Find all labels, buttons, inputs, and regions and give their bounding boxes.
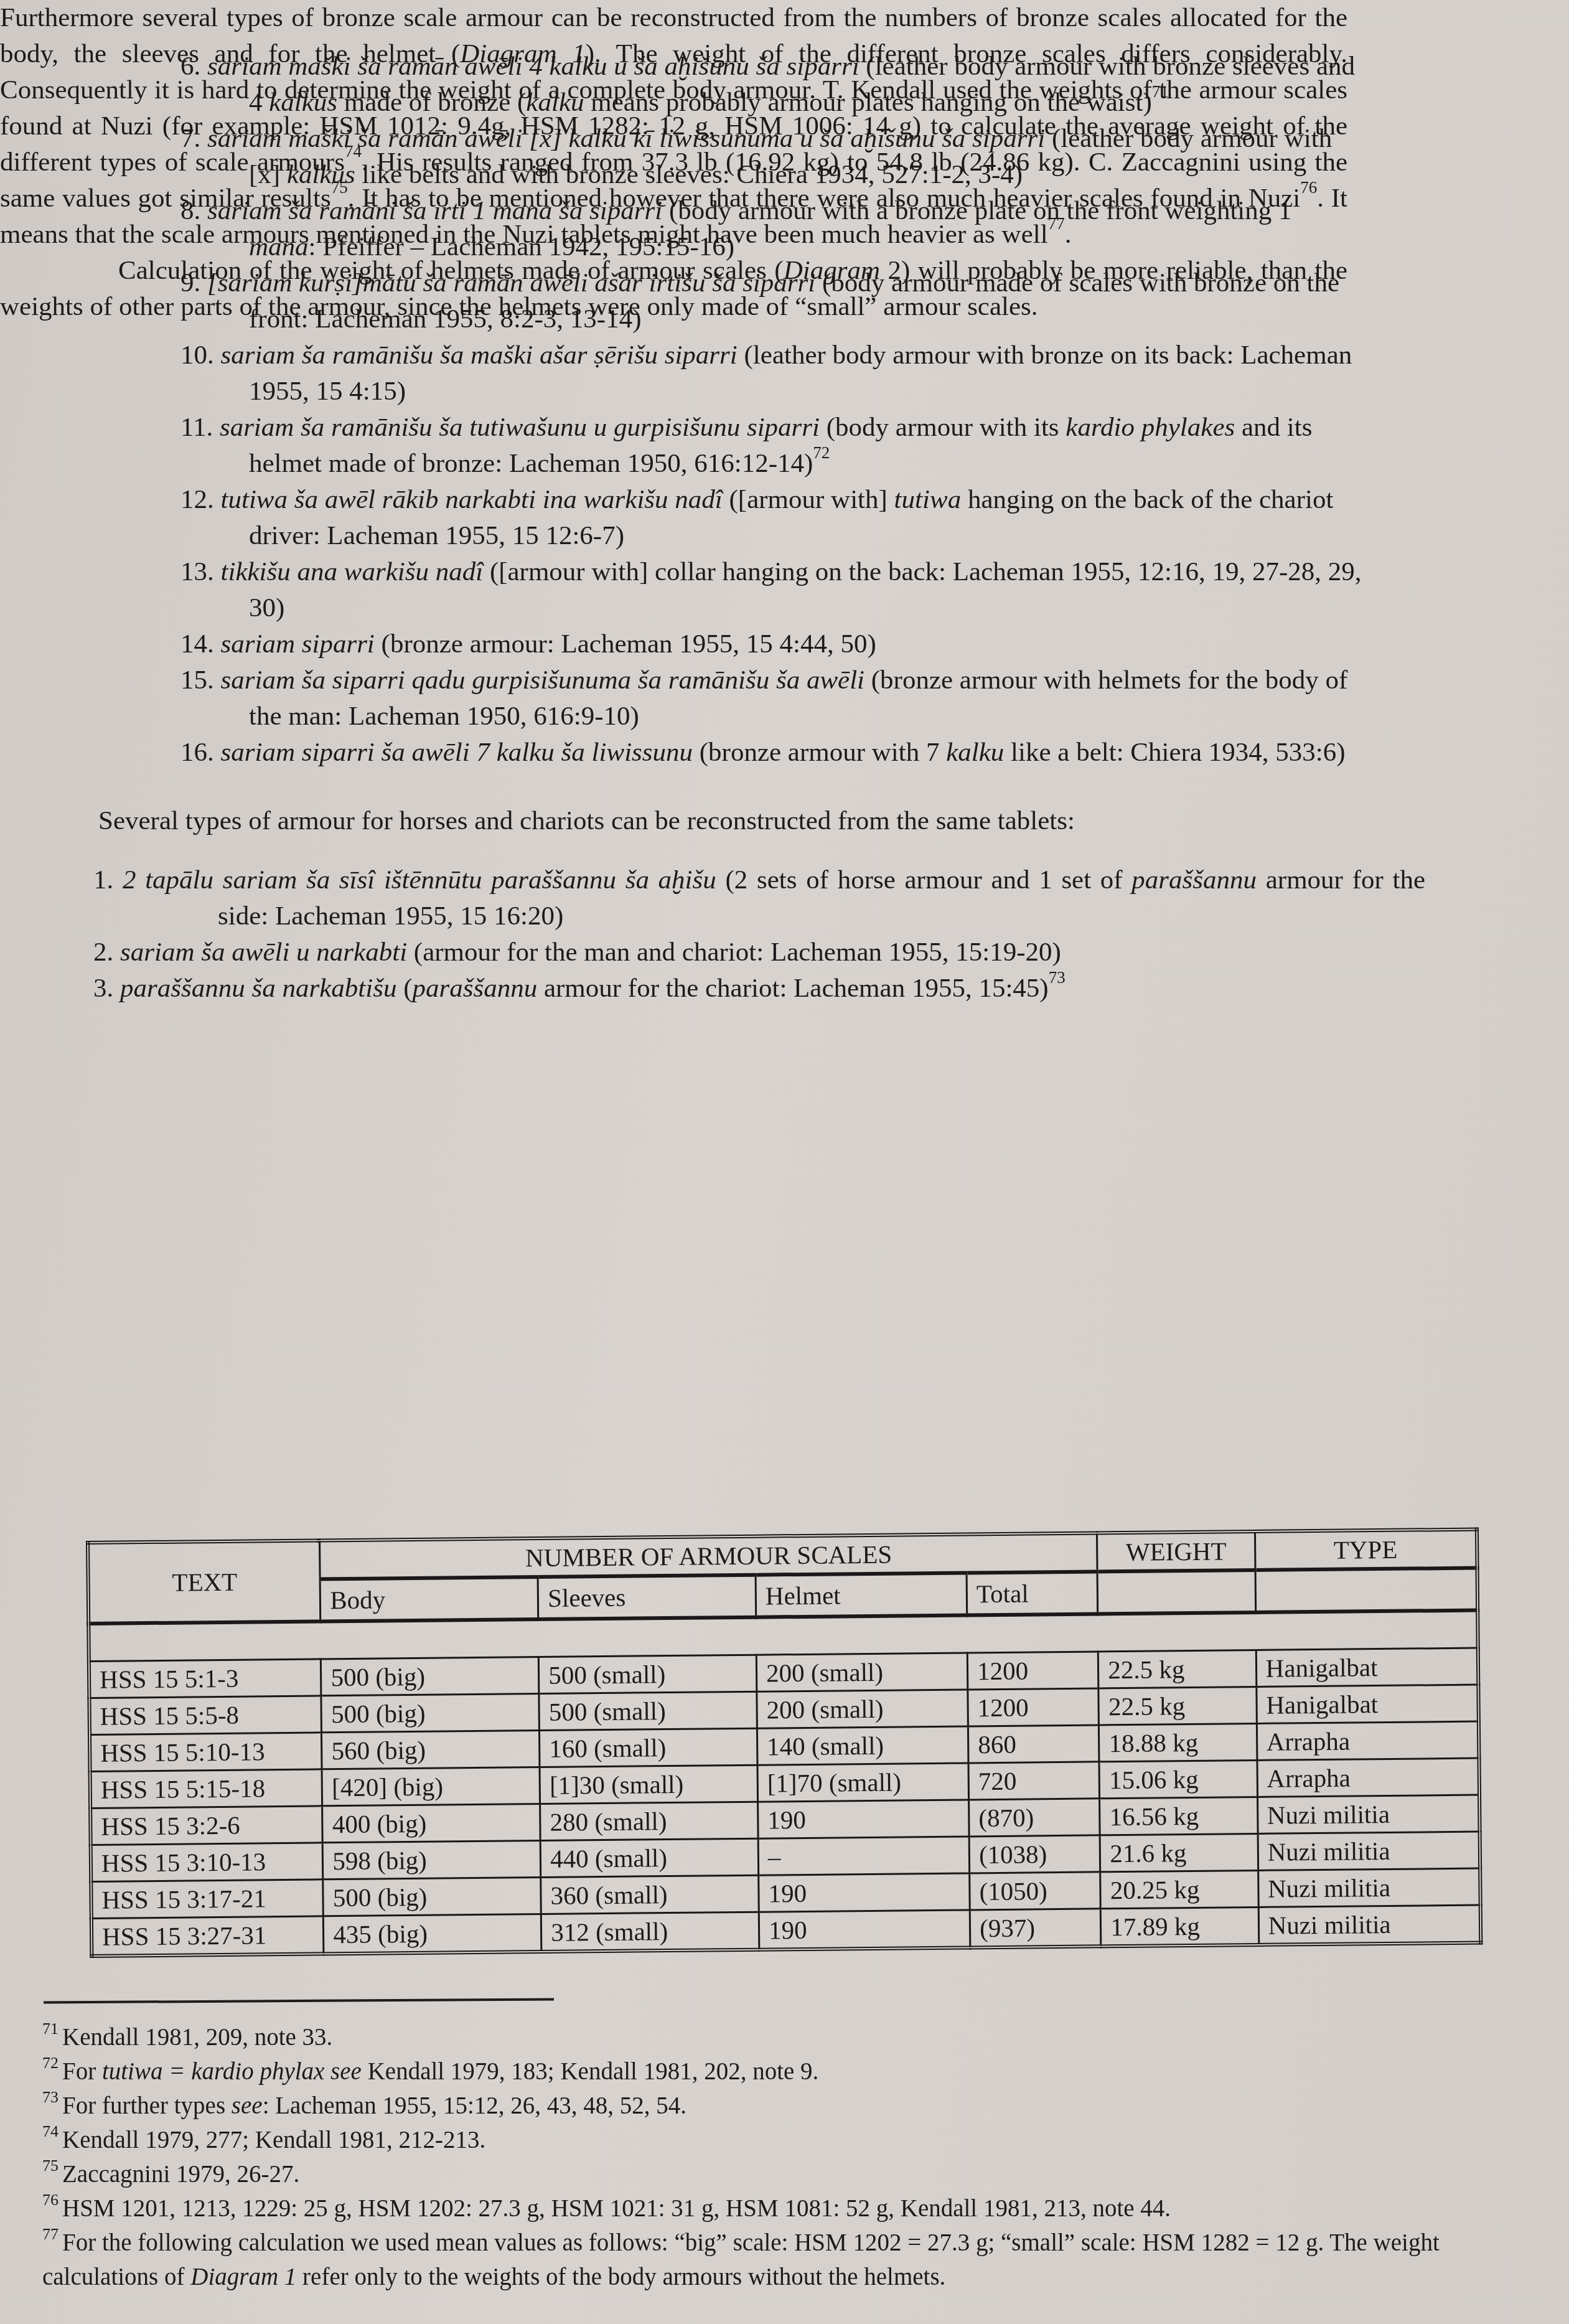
italic-text: mana — [249, 232, 309, 261]
horse-armour-item: 3. paraššannu ša narkabtišu (paraššannu … — [93, 971, 1425, 1007]
subheader-type-blank — [1255, 1568, 1478, 1612]
subheader-helmet: Helmet — [756, 1573, 967, 1617]
cell-body: [420] (big) — [322, 1767, 540, 1806]
cell-type: Hanigalbat — [1256, 1648, 1478, 1687]
footnote-number: 77 — [42, 2225, 59, 2243]
footnote-76: 76HSM 1201, 1213, 1229: 25 g, HSM 1202: … — [42, 2191, 1548, 2226]
cell-text: HSS 15 3:17-21 — [91, 1879, 323, 1919]
subheader-body: Body — [320, 1577, 538, 1621]
footnote-number: 75 — [42, 2157, 59, 2175]
text-run: made of bronze ( — [337, 88, 526, 117]
akkadian-transliteration: sariam maški ša ramān awēli [x] kalku kī… — [207, 124, 1045, 153]
item-number: 9. — [180, 268, 207, 298]
akkadian-transliteration: sariam ša ramānišu ša maški ašar ṣērišu … — [221, 341, 738, 370]
akkadian-transliteration: 2 tapālu sariam ša sīsî ištēnnūtu parašš… — [123, 865, 716, 895]
cell-body: 500 (big) — [321, 1694, 539, 1733]
cell-total: 1200 — [967, 1652, 1098, 1690]
header-text: TEXT — [88, 1540, 321, 1624]
text-run: : Pfeiffer – Lacheman 1942, 195:15-16) — [309, 232, 735, 261]
cell-weight: 20.25 kg — [1100, 1870, 1258, 1908]
cell-type: Nuzi militia — [1257, 1795, 1479, 1833]
cell-weight: 18.88 kg — [1099, 1723, 1257, 1761]
footnote-71: 71Kendall 1981, 209, note 33. — [42, 2020, 1548, 2054]
italic-text: kalkus — [269, 88, 337, 117]
cell-total: (870) — [969, 1799, 1100, 1837]
personal-armour-item: 6. sariam maški ša ramān awēli 4 kalku u… — [131, 49, 1363, 121]
italic-text: paraššannu — [412, 974, 537, 1003]
italic-text: see — [232, 2092, 263, 2119]
cell-total: (1038) — [969, 1835, 1100, 1873]
header-type: TYPE — [1255, 1530, 1477, 1570]
item-number: 7. — [180, 124, 207, 153]
cell-type: Hanigalbat — [1256, 1685, 1478, 1723]
footnote-number: 73 — [42, 2088, 59, 2106]
personal-armour-item: 10. sariam ša ramānišu ša maški ašar ṣēr… — [131, 337, 1363, 410]
cell-text: HSS 15 5:5-8 — [89, 1696, 321, 1735]
cell-text: HSS 15 5:1-3 — [89, 1659, 321, 1698]
personal-armour-list: 6. sariam maški ša ramān awēli 4 kalku u… — [131, 49, 1363, 771]
text-run: (2 sets of horse armour and 1 set of — [716, 865, 1132, 895]
footnote-ref: 72 — [813, 443, 830, 462]
footnote-72: 72For tutiwa = kardio phylax see Kendall… — [42, 2054, 1548, 2089]
cell-sleeves: 360 (small) — [541, 1875, 759, 1914]
personal-armour-item: 7. sariam maški ša ramān awēli [x] kalku… — [131, 121, 1363, 193]
text-run: (body armour with its — [820, 413, 1066, 442]
text-run: means probably armour plates hanging on … — [584, 88, 1151, 117]
horse-armour-item: 2. sariam ša awēli u narkabti (armour fo… — [93, 934, 1425, 971]
item-number: 13. — [180, 557, 221, 586]
cell-weight: 17.89 kg — [1101, 1907, 1259, 1946]
cell-body: 500 (big) — [321, 1657, 539, 1696]
text-run: ([armour with] — [723, 485, 894, 514]
diagram-1-table: TEXT NUMBER OF ARMOUR SCALES WEIGHT TYPE… — [86, 1528, 1482, 1958]
horse-armour-item: 1. 2 tapālu sariam ša sīsî ištēnnūtu par… — [93, 862, 1425, 934]
footnotes: 71Kendall 1981, 209, note 33.72For tutiw… — [42, 2020, 1548, 2294]
cell-sleeves: 280 (small) — [540, 1802, 758, 1840]
item-number: 6. — [180, 52, 207, 81]
cell-weight: 22.5 kg — [1098, 1650, 1257, 1688]
cell-text: HSS 15 3:2-6 — [90, 1806, 322, 1845]
text-run: (armour for the man and chariot: Lachema… — [407, 938, 1061, 967]
cell-weight: 15.06 kg — [1099, 1760, 1257, 1798]
text-run: HSM 1201, 1213, 1229: 25 g, HSM 1202: 27… — [62, 2195, 1171, 2222]
cell-type: Arrapha — [1257, 1758, 1479, 1797]
text-run: Kendall 1979, 277; Kendall 1981, 212-213… — [62, 2127, 485, 2153]
footnote-number: 76 — [42, 2191, 59, 2209]
text-run: like a belt: Chiera 1934, 533:6) — [1004, 738, 1345, 767]
text-run: Kendall 1979, 183; Kendall 1981, 202, no… — [362, 2058, 818, 2085]
text-run: : Lacheman 1955, 15:12, 26, 43, 48, 52, … — [263, 2092, 686, 2119]
item-number: 12. — [180, 485, 221, 514]
cell-text: HSS 15 5:15-18 — [90, 1769, 322, 1809]
akkadian-transliteration: sariam ša awēli u narkabti — [120, 938, 407, 967]
text-run: ( — [396, 974, 412, 1003]
cell-helmet: 140 (small) — [757, 1726, 968, 1765]
personal-armour-item: 15. sariam ša siparri qadu gurpisišunuma… — [131, 662, 1363, 735]
cell-sleeves: 312 (small) — [541, 1912, 759, 1952]
italic-text: kalku — [946, 738, 1004, 767]
footnote-74: 74Kendall 1979, 277; Kendall 1981, 212-2… — [42, 2123, 1548, 2157]
italic-text: tutiwa = kardio phylax see — [102, 2058, 362, 2085]
cell-sleeves: 160 (small) — [540, 1728, 757, 1767]
text-run: For further types — [62, 2092, 232, 2119]
item-number: 8. — [180, 196, 207, 225]
akkadian-transliteration: sariam siparri — [221, 629, 375, 659]
cell-body: 435 (big) — [324, 1914, 541, 1954]
personal-armour-item: 16. sariam siparri ša awēli 7 kalku ša l… — [131, 735, 1363, 771]
cell-helmet: 190 — [758, 1800, 970, 1838]
akkadian-transliteration: paraššannu ša narkabtišu — [120, 974, 396, 1003]
cell-weight: 16.56 kg — [1100, 1797, 1258, 1835]
horse-armour-list: 1. 2 tapālu sariam ša sīsî ištēnnūtu par… — [93, 862, 1425, 1007]
cell-weight: 21.6 kg — [1100, 1833, 1258, 1871]
personal-armour-item: 13. tikkišu ana warkišu nadî ([armour wi… — [131, 554, 1363, 626]
cell-body: 400 (big) — [322, 1804, 540, 1843]
cell-text: HSS 15 3:27-31 — [91, 1916, 324, 1956]
akkadian-transliteration: sariam ša ramānišu ša tutiwašunu u gurpi… — [220, 413, 820, 442]
header-weight: WEIGHT — [1097, 1531, 1255, 1571]
cell-sleeves: 500 (small) — [539, 1655, 757, 1693]
footnote-number: 71 — [42, 2020, 59, 2038]
text-run: refer only to the weights of the body ar… — [296, 2264, 945, 2290]
item-number: 15. — [180, 666, 221, 695]
akkadian-transliteration: sariam maški ša ramān awēli 4 kalku u ša… — [207, 52, 859, 81]
item-number: 11. — [180, 413, 220, 442]
akkadian-transliteration: sariam ša ramāni ša irti 1 mana ša sipar… — [207, 196, 662, 225]
footnote-divider — [44, 1998, 554, 2003]
footnote-73: 73For further types see: Lacheman 1955, … — [42, 2089, 1548, 2123]
text-run: armour for the chariot: Lacheman 1955, 1… — [537, 974, 1049, 1003]
cell-helmet: 190 — [759, 1873, 970, 1912]
cell-total: 720 — [968, 1762, 1100, 1800]
cell-helmet: – — [758, 1837, 970, 1875]
cell-body: 500 (big) — [323, 1878, 541, 1916]
text-run: For — [62, 2058, 102, 2085]
cell-type: Nuzi militia — [1258, 1832, 1480, 1870]
item-number: 2. — [93, 938, 120, 967]
cell-body: 560 (big) — [322, 1731, 540, 1769]
cell-sleeves: 500 (small) — [539, 1691, 757, 1730]
item-number: 14. — [180, 629, 221, 659]
footnote-77: 77For the following calculation we used … — [42, 2226, 1548, 2294]
table-body: HSS 15 5:1-3500 (big)500 (small)200 (sma… — [89, 1648, 1481, 1956]
footnote-ref: 73 — [1049, 968, 1066, 987]
text-run: Kendall 1981, 209, note 33. — [62, 2024, 332, 2051]
text-run: like belts and with bronze sleeves: Chie… — [355, 160, 1023, 189]
italic-text: tutiwa — [894, 485, 962, 514]
cell-total: 860 — [968, 1725, 1100, 1763]
cell-total: 1200 — [968, 1688, 1099, 1726]
akkadian-transliteration: tikkišu ana warkišu nadî — [221, 557, 484, 586]
subheader-sleeves: Sleeves — [538, 1575, 756, 1619]
horse-armour-intro: Several types of armour for horses and c… — [98, 803, 1405, 839]
italic-text: kalku — [526, 88, 584, 117]
document-page: 6. sariam maški ša ramān awēli 4 kalku u… — [0, 0, 1569, 2324]
akkadian-transliteration: tutiwa ša awēl rākib narkabti ina warkiš… — [221, 485, 723, 514]
item-number: 10. — [180, 341, 221, 370]
subheader-weight-blank — [1097, 1570, 1255, 1614]
cell-type: Arrapha — [1257, 1721, 1479, 1760]
cell-total: (1050) — [970, 1872, 1101, 1910]
italic-text: kalkus — [287, 160, 355, 189]
personal-armour-item: 11. sariam ša ramānišu ša tutiwašunu u g… — [131, 410, 1363, 482]
cell-type: Nuzi militia — [1258, 1905, 1481, 1945]
text-run: Zaccagnini 1979, 26-27. — [62, 2161, 299, 2188]
personal-armour-item: 8. sariam ša ramāni ša irti 1 mana ša si… — [131, 193, 1363, 265]
cell-text: HSS 15 3:10-13 — [91, 1843, 323, 1882]
cell-text: HSS 15 5:10-13 — [90, 1733, 322, 1772]
text-run: (bronze armour with 7 — [693, 738, 946, 767]
akkadian-transliteration: sariam ša siparri qadu gurpisišunuma ša … — [221, 666, 865, 695]
cell-total: (937) — [970, 1909, 1101, 1948]
cell-weight: 22.5 kg — [1098, 1687, 1257, 1724]
cell-helmet: 190 — [759, 1910, 970, 1950]
cell-sleeves: [1]30 (small) — [540, 1765, 757, 1804]
akkadian-transliteration: sariam siparri ša awēli 7 kalku ša liwis… — [221, 738, 693, 767]
personal-armour-item: 14. sariam siparri (bronze armour: Lache… — [131, 626, 1363, 662]
armour-scales-table: TEXT NUMBER OF ARMOUR SCALES WEIGHT TYPE… — [86, 1528, 1482, 1958]
cell-helmet: 200 (small) — [757, 1690, 968, 1728]
cell-type: Nuzi militia — [1258, 1868, 1480, 1907]
footnote-ref: 71 — [1152, 82, 1169, 101]
item-number: 3. — [93, 974, 120, 1003]
cell-body: 598 (big) — [323, 1841, 541, 1879]
item-number: 16. — [180, 738, 221, 767]
cell-helmet: 200 (small) — [756, 1653, 968, 1691]
cell-helmet: [1]70 (small) — [757, 1763, 969, 1802]
personal-armour-item: 9. [sariam kurṣi]mātu ša ramān awēli aša… — [131, 265, 1363, 337]
text-run: (body armour with a bronze plate on the … — [662, 196, 1291, 225]
text-run: (bronze armour: Lacheman 1955, 15 4:44, … — [375, 629, 876, 659]
footnote-number: 74 — [42, 2122, 59, 2140]
italic-text: kardio phylakes — [1066, 413, 1235, 442]
akkadian-transliteration: [sariam kurṣi]mātu ša ramān awēli ašar i… — [207, 268, 815, 298]
italic-text: paraššannu — [1131, 865, 1257, 895]
footnote-number: 72 — [42, 2054, 59, 2072]
footnote-75: 75Zaccagnini 1979, 26-27. — [42, 2157, 1548, 2191]
italic-text: Diagram 1 — [190, 2264, 296, 2290]
item-number: 1. — [93, 865, 123, 895]
subheader-total: Total — [967, 1571, 1098, 1615]
personal-armour-item: 12. tutiwa ša awēl rākib narkabti ina wa… — [131, 482, 1363, 554]
cell-sleeves: 440 (small) — [540, 1838, 758, 1877]
